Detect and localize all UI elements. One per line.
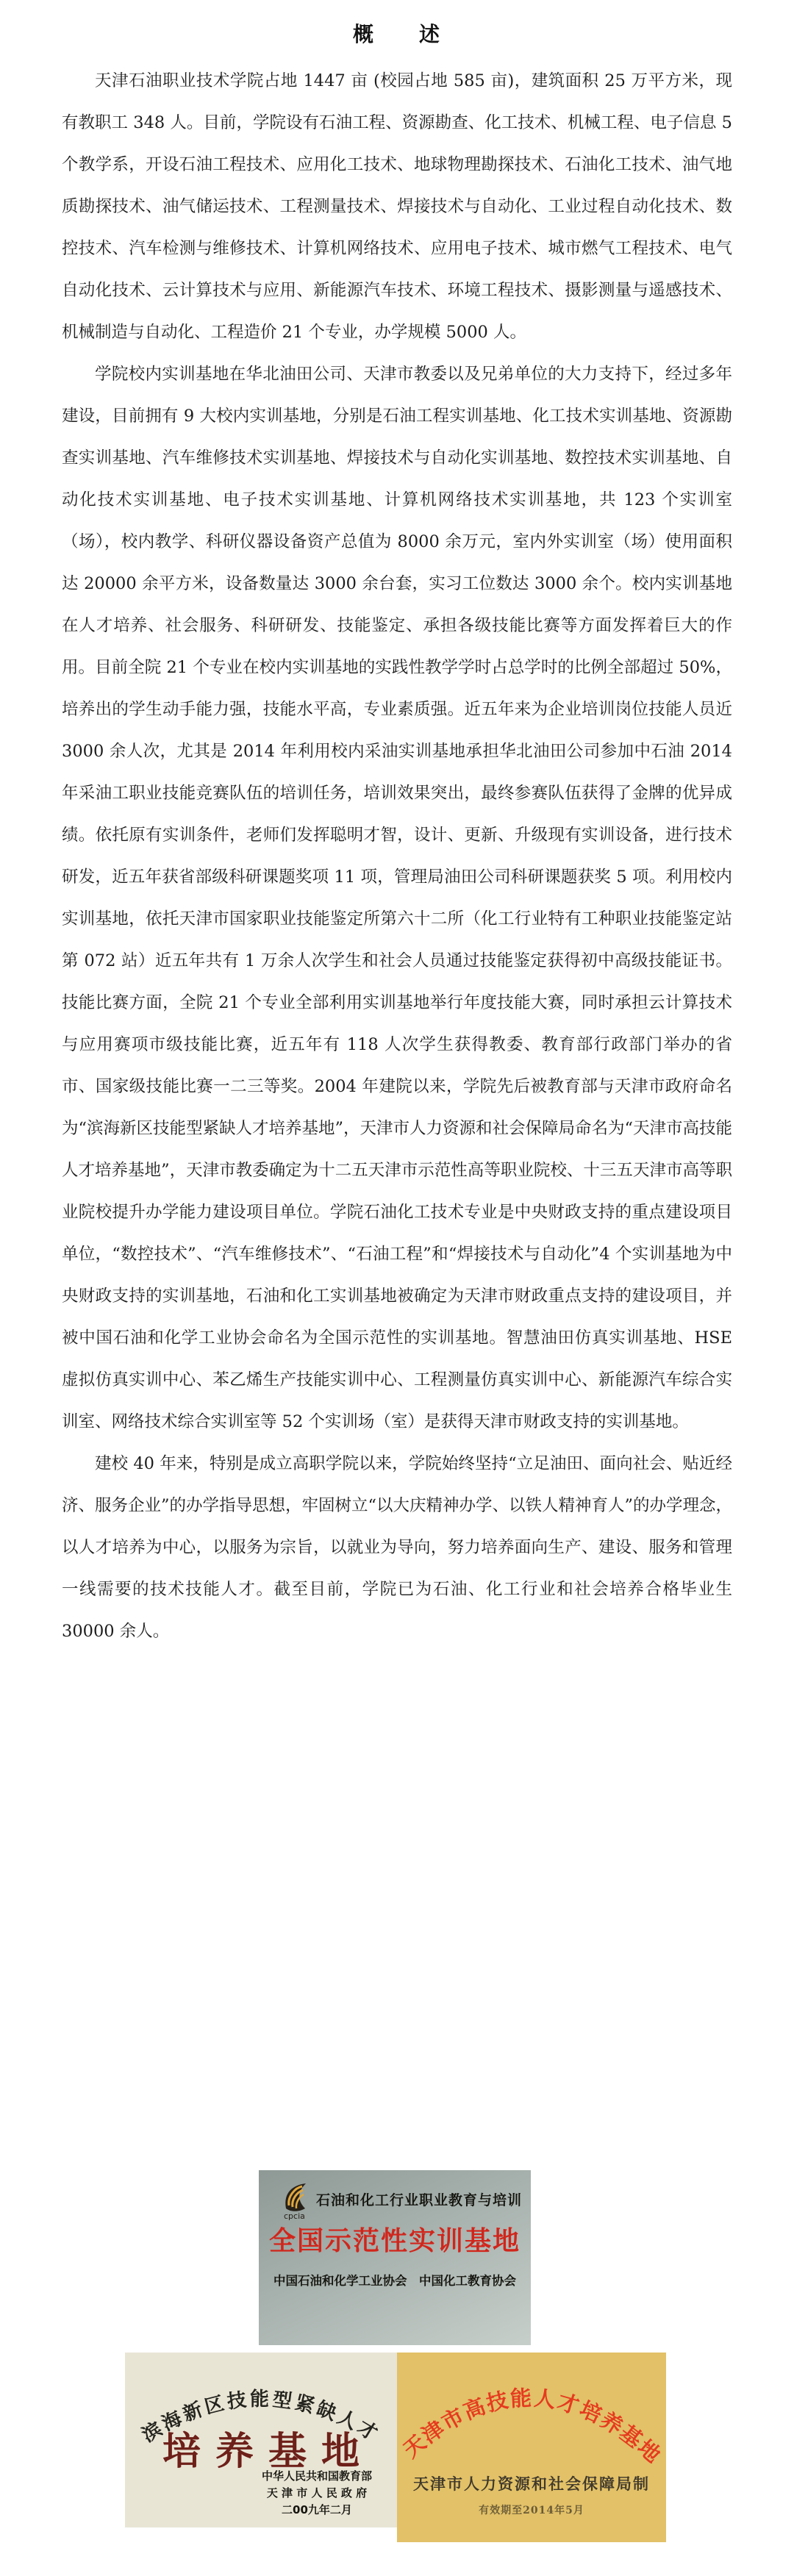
plaque-binhai-footer-line-date: 二00九年二月 (262, 2502, 372, 2519)
plaque-tianjin-validity-note: 有效期至2014年5月 (397, 2504, 666, 2517)
plaque-national-title: 全国示范性实训基地 (259, 2225, 531, 2258)
plaque-tianjin-highskill-base: 天津市高技能人才培养基地 天津市人力资源和社会保障局制 有效期至2014年5月 (397, 2353, 666, 2542)
plaque-national-training-base: cpcia 石油和化工行业职业教育与培训 全国示范性实训基地 中国石油和化学工业… (259, 2170, 531, 2345)
tianjin-arc-text-holder: 天津市高技能人才培养基地 (398, 2385, 666, 2468)
page-title: 概 述 (62, 19, 732, 50)
paragraph-history: 建校 40 年来，特别是成立高职学院以来，学院始终坚持“立足油田、面向社会、贴近… (62, 1443, 732, 1653)
plaque-national-org-header: 石油和化工行业职业教育与培训 (316, 2192, 522, 2209)
plaque-tianjin-footer: 天津市人力资源和社会保障局制 (397, 2475, 666, 2494)
cpcia-logo-text: cpcia (284, 2211, 305, 2220)
plaque-binhai-title: 培养基地 (125, 2430, 397, 2473)
plaque-national-footer: 中国石油和化学工业协会 中国化工教育协会 (259, 2273, 531, 2289)
plaque-tianjin-arc-text: 天津市高技能人才培养基地 (398, 2385, 666, 2468)
plaque-national-header-row: cpcia 石油和化工行业职业教育与培训 (259, 2170, 531, 2220)
plaque-binhai-talent-base: 滨海新区技能型紧缺人才 培养基地 中华人民共和国教育部 天 津 市 人 民 政 … (125, 2353, 397, 2527)
paragraph-training-bases: 学院校内实训基地在华北油田公司、天津市教委以及兄弟单位的大力支持下，经过多年建设… (62, 354, 732, 1443)
plaque-binhai-footer-line-ministry: 中华人民共和国教育部 (262, 2468, 372, 2485)
plaque-photos-section: cpcia 石油和化工行业职业教育与培训 全国示范性实训基地 中国石油和化学工业… (0, 2170, 794, 2576)
plaque-binhai-footer-line-government: 天 津 市 人 民 政 府 (262, 2485, 372, 2502)
plaque-binhai-footer: 中华人民共和国教育部 天 津 市 人 民 政 府 二00九年二月 (262, 2468, 372, 2519)
document-page: 概 述 天津石油职业技术学院占地 1447 亩 (校园占地 585 亩)，建筑面… (0, 0, 794, 1653)
plaque-tianjin-arc: 天津市高技能人才培养基地 (397, 2357, 666, 2475)
paragraph-overview: 天津石油职业技术学院占地 1447 亩 (校园占地 585 亩)，建筑面积 25… (62, 60, 732, 354)
cpcia-logo: cpcia (279, 2180, 310, 2220)
document-text-column: 概 述 天津石油职业技术学院占地 1447 亩 (校园占地 585 亩)，建筑面… (0, 0, 794, 1653)
